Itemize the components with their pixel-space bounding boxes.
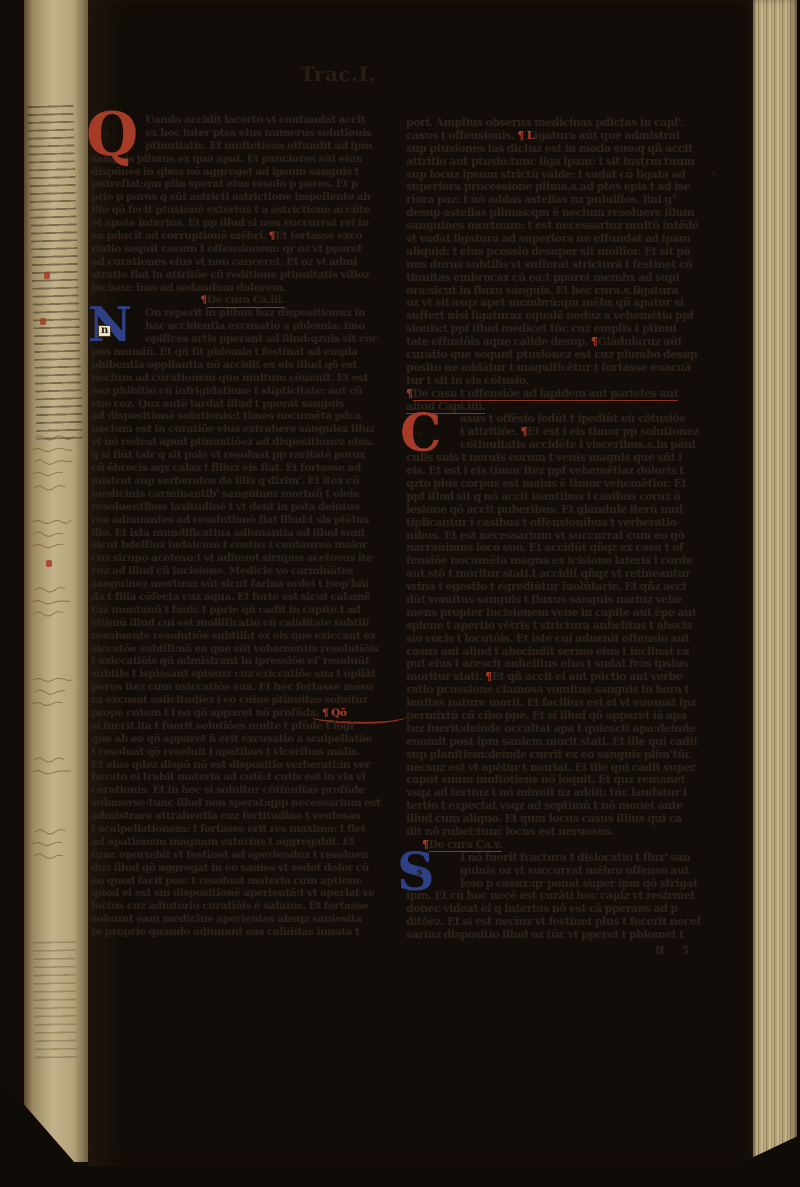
text-line: siccatōe subtili:nā ea que sūt vehementi… [91, 643, 394, 656]
text-line: vt nō redeat apud ptinuatiōez ad disposi… [91, 436, 394, 449]
text-line: ad apationem magnam exterius t aggregabi… [91, 836, 394, 849]
text-line: resoluentibus laxitudinē t vt dent in po… [91, 501, 394, 514]
page-block-fore-edge [753, 0, 798, 1160]
text-line: incisoz: īmo ad sedandum dolorem. [91, 282, 394, 295]
text-line: que ab eo qō apparet ñ erit excusatio a … [91, 733, 394, 746]
text-line: prie p poros q sūt astricti astrictione … [91, 191, 394, 204]
text-line: hac accidentia excusatio a pblomia: imo [145, 320, 394, 333]
text-line: necium ad curationem que multum cōuenit.… [91, 372, 394, 385]
text-line: illo. Et ista mundificatiua adiuuantia a… [91, 527, 394, 540]
text-line: riatio sequit casum t offensionem: qr oz… [91, 243, 394, 256]
text-line: admistrare attrahentia cuz fortitudine t… [91, 810, 394, 823]
text-line: medicinis carminantib' sanguinez mortuū … [91, 488, 394, 501]
text-line: quod ei est sm dispositionē aperientē:t … [91, 887, 394, 900]
text-line: cuz sirupo acetoso:t vt adiuuet sirupus … [91, 552, 394, 565]
text-line: tur t sit in eis cōtusio. [406, 375, 753, 388]
text-line: sicut bdelliuz iudaicum t costus t centa… [91, 539, 394, 552]
text-line: te proprie quando adiuuant eas caliditas… [91, 926, 394, 939]
text-line: phibentia oppilantia nō accidit ex eis i… [91, 359, 394, 372]
previous-leaf-edge [24, 0, 88, 1162]
book-scan: Trac.I. Uando accidit lacerto vt contund… [0, 0, 800, 1187]
text-line: vltimū illud cui est mollificatio cū cal… [91, 617, 394, 630]
rubrication-mark [40, 318, 46, 325]
text-line: eoz phibitio cū infrigidatione t stiptic… [91, 385, 394, 398]
text-line: pus mundū. Et qñ fit pblomia t festinat … [91, 346, 394, 359]
drop-cap-c: C c [400, 410, 441, 458]
text-line: ea pducit ad corruptionē mēbri. ¶Et fort… [91, 230, 394, 243]
text-line: sanguinez mortuuz sūt sicut farina ordei… [91, 578, 394, 591]
text-line: vno coz. Quz autē tardat illud t pperat … [91, 398, 394, 411]
text-line: soluunt eam medicine aperientes absqz sa… [91, 913, 394, 926]
text-line: locius cuz adiutorio curatiōis ē saluius… [91, 900, 394, 913]
quire-signature: ff 5 [655, 943, 689, 957]
guide-letter-c: c [418, 430, 424, 441]
ink-speck [712, 171, 717, 176]
text-line: On reperit in plibus baz dispositionuz i… [145, 307, 394, 320]
text-line: ruz ad illud cū incisione. Medicie vo ca… [91, 565, 394, 578]
text-line: et apate interius. Et pp illud si non su… [91, 217, 394, 230]
text-line: ¶De cura Ca.iii. [91, 294, 394, 307]
text-line: submerse:tunc illud non sperat:qpp neces… [91, 797, 394, 810]
text-line: duz illud qō aggregat in eo sanies vt se… [91, 862, 394, 875]
text-line: ex hoc inter ptes eius numerus solutioni… [145, 127, 394, 140]
guide-letter-n: n [98, 325, 111, 337]
drop-cap-n: N n [88, 303, 132, 347]
facing-leaf-text-lower [33, 940, 77, 1061]
text-line: si fuerit ita t fuerit solutiōes multe t… [91, 720, 394, 733]
text-line: berato ei trahit materia ad cutē:t cutis… [91, 771, 394, 784]
text-line: eo quod facit pus: t resoluat materia cu… [91, 875, 394, 888]
text-line: t scalpellationem: t fortasse erit res m… [91, 823, 394, 836]
text-line: Uando accidit lacerto vt contundat accit [145, 114, 394, 127]
text-line: ad curationes eius vt non canceret. Et o… [91, 256, 394, 269]
marginalia-handwriting [26, 430, 86, 930]
text-line: sariuz dispositio illud oz tūc vt pperet… [406, 929, 753, 942]
text-line: tuz montanū t fauic t pprie qñ cadit in … [91, 604, 394, 617]
drop-cap-q: Q q [86, 108, 138, 163]
text-line: necium est in curatiōe eius extrahere sa… [91, 423, 394, 436]
text-line: dit nō rubet:tunc locus est neruosus. [406, 826, 753, 839]
text-line: t exiccatiōis qū admistrant in ipressiōe… [91, 655, 394, 668]
text-line: subtile t ispissant spissuz cuz exiccati… [91, 668, 394, 681]
text-line: putrefiat:qm plin sperat eius resolo p p… [91, 178, 394, 191]
rubrication-mark [44, 272, 50, 279]
text-line: mistrat sup verberatos de illis q dixim'… [91, 475, 394, 488]
book-page: Trac.I. Uando accidit lacerto vt contund… [88, 0, 755, 1168]
text-line: cerationis. Et in hoc si soluitur cōtinu… [91, 784, 394, 797]
text-line: rea adiuuantes ad resolutionē fiat illud… [91, 514, 394, 527]
background-bottom [0, 1166, 800, 1187]
text-line: ¶De casu t offensiōe ad lapidem aut pari… [406, 388, 753, 401]
ink-speck [642, 164, 646, 168]
text-line: resoluente resolutiōe subtili:t ex eis q… [91, 630, 394, 643]
drop-cap-s: S s [397, 849, 435, 897]
text-line: Et eius qdez dispō nō est dispositio ver… [91, 759, 394, 772]
text-line: ad dispositionē solutionis:t times nocum… [91, 410, 394, 423]
text-line: cū ēbrocis aqx calax t filiuz eis fiat. … [91, 462, 394, 475]
facing-leaf-text [27, 103, 82, 442]
running-title: Trac.I. [300, 62, 376, 86]
text-line: q si fiūt talr q sit pole vt resoluat pp… [91, 449, 394, 462]
text-line: t resoluat qō resoluit i apatibus t vlce… [91, 746, 394, 759]
text-line: da t filia cōfecta cuz aqua. Et forte es… [91, 591, 394, 604]
text-line: tunc oportebit vt festinet ad aperienduz… [91, 849, 394, 862]
text-column-left: Uando accidit lacerto vt contundat accit… [91, 114, 394, 939]
text-line: opifices artis pperant ad illud:qzuis si… [145, 333, 394, 346]
text-line: poros itez cum exiccatiōe sua. Et hec fo… [91, 681, 394, 694]
text-column-right: pori. Amplius obserua medicinas pdictas … [406, 117, 753, 942]
text-line: prope cutem t i eo qō apparet nō profūda… [91, 707, 394, 720]
text-line: stratio fiat in attritōe cū reditione pt… [91, 269, 394, 282]
text-line: illo qō fecit ptusionē exterius t a astr… [91, 204, 394, 217]
text-line: ptinuitatis. Et multotiens effundit ad i… [145, 140, 394, 153]
text-line: ra excusat solicitudiez i eo cuius ptinu… [91, 694, 394, 707]
guide-letter-q: q [102, 128, 109, 139]
guide-letter-s: s [417, 867, 423, 878]
